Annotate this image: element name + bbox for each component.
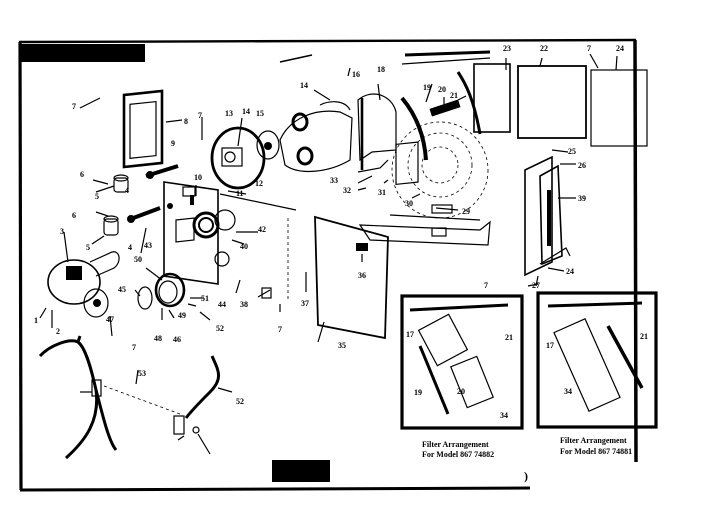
door-panel-34 xyxy=(315,217,388,338)
filter-rack xyxy=(525,157,570,275)
page-mark: ) xyxy=(524,469,528,483)
leader-lines xyxy=(40,54,617,454)
svg-text:33: 33 xyxy=(330,176,338,185)
svg-text:7: 7 xyxy=(484,281,488,290)
svg-text:39: 39 xyxy=(578,194,586,203)
svg-text:20: 20 xyxy=(438,85,446,94)
wiring-harness xyxy=(40,336,219,458)
svg-text:26: 26 xyxy=(578,161,586,170)
svg-text:21: 21 xyxy=(450,91,458,100)
svg-text:23: 23 xyxy=(503,44,511,53)
svg-text:29: 29 xyxy=(462,207,470,216)
svg-text:38: 38 xyxy=(240,300,248,309)
svg-text:19: 19 xyxy=(414,388,422,397)
svg-text:16: 16 xyxy=(352,70,360,79)
svg-text:42: 42 xyxy=(258,225,266,234)
svg-text:19: 19 xyxy=(423,83,431,92)
filter-frames-top xyxy=(458,64,647,146)
svg-text:12: 12 xyxy=(255,179,263,188)
svg-text:53: 53 xyxy=(138,369,146,378)
top-rail xyxy=(280,52,490,64)
svg-text:36: 36 xyxy=(358,271,366,280)
svg-text:15: 15 xyxy=(256,109,264,118)
side-panel xyxy=(220,194,296,302)
svg-text:35: 35 xyxy=(338,341,346,350)
inset-2-caption-line1: Filter Arrangement xyxy=(560,436,627,445)
svg-text:48: 48 xyxy=(154,334,162,343)
svg-text:52: 52 xyxy=(236,397,244,406)
svg-text:4: 4 xyxy=(125,186,129,195)
bracket-40 xyxy=(127,203,173,223)
svg-text:1: 1 xyxy=(34,316,38,325)
svg-text:30: 30 xyxy=(405,199,413,208)
base-tray xyxy=(360,205,490,245)
svg-text:45: 45 xyxy=(118,285,126,294)
filter-rail-19 xyxy=(402,98,426,160)
svg-text:52: 52 xyxy=(216,324,224,333)
svg-text:43: 43 xyxy=(144,241,152,250)
svg-text:47: 47 xyxy=(106,315,114,324)
svg-text:34: 34 xyxy=(500,411,508,420)
inset-1-caption-line1: Filter Arrangement xyxy=(422,440,489,449)
svg-text:32: 32 xyxy=(343,186,351,195)
svg-text:7: 7 xyxy=(587,44,591,53)
outer-frame xyxy=(19,40,636,490)
svg-text:21: 21 xyxy=(640,332,648,341)
svg-text:20: 20 xyxy=(457,387,465,396)
blower-flange xyxy=(212,128,279,188)
svg-text:17: 17 xyxy=(406,330,414,339)
svg-text:6: 6 xyxy=(80,170,84,179)
svg-text:24: 24 xyxy=(616,44,624,53)
filter-clip-20 xyxy=(429,100,460,117)
svg-text:6: 6 xyxy=(72,211,76,220)
blower-motor xyxy=(280,102,352,172)
svg-text:7: 7 xyxy=(132,343,136,352)
svg-text:5: 5 xyxy=(95,192,99,201)
svg-text:34: 34 xyxy=(564,387,572,396)
svg-text:27: 27 xyxy=(532,281,540,290)
svg-text:3: 3 xyxy=(60,227,64,236)
footer-bar xyxy=(272,460,330,482)
bracket-9 xyxy=(146,166,178,179)
svg-text:11: 11 xyxy=(236,189,244,198)
control-plate xyxy=(164,182,235,284)
burner-assembly xyxy=(48,252,119,317)
svg-text:24: 24 xyxy=(566,267,574,276)
svg-text:13: 13 xyxy=(225,109,233,118)
svg-text:37: 37 xyxy=(301,299,309,308)
svg-text:2: 2 xyxy=(56,327,60,336)
svg-text:22: 22 xyxy=(540,44,548,53)
svg-text:51: 51 xyxy=(201,294,209,303)
svg-text:7: 7 xyxy=(278,325,282,334)
cap-5-lower xyxy=(104,216,118,235)
svg-text:4: 4 xyxy=(128,243,132,252)
inset-1-caption-line2: For Model 867 74882 xyxy=(422,450,494,459)
part-labels: 7 8 7 9 13 14 15 12 11 10 6 5 4 6 5 4 43… xyxy=(34,44,648,420)
svg-text:10: 10 xyxy=(194,173,202,182)
svg-text:18: 18 xyxy=(377,65,385,74)
svg-text:40: 40 xyxy=(240,242,248,251)
inset-2-caption-line2: For Model 867 74881 xyxy=(560,447,632,456)
inset-box-model-74881 xyxy=(538,293,656,427)
parts-diagram: ) xyxy=(0,0,704,516)
svg-text:7: 7 xyxy=(198,111,202,120)
svg-text:44: 44 xyxy=(218,300,226,309)
svg-text:5: 5 xyxy=(86,243,90,252)
access-panel-8 xyxy=(124,91,162,167)
svg-text:31: 31 xyxy=(378,188,386,197)
svg-text:7: 7 xyxy=(72,102,76,111)
svg-text:50: 50 xyxy=(134,255,142,264)
svg-text:25: 25 xyxy=(568,147,576,156)
svg-text:14: 14 xyxy=(300,81,308,90)
svg-text:21: 21 xyxy=(505,333,513,342)
svg-text:49: 49 xyxy=(178,311,186,320)
svg-text:9: 9 xyxy=(171,139,175,148)
svg-text:17: 17 xyxy=(546,341,554,350)
svg-text:14: 14 xyxy=(242,107,250,116)
svg-text:46: 46 xyxy=(173,335,181,344)
title-bar xyxy=(19,44,145,62)
svg-text:8: 8 xyxy=(184,117,188,126)
inset-box-model-74882 xyxy=(402,296,522,428)
